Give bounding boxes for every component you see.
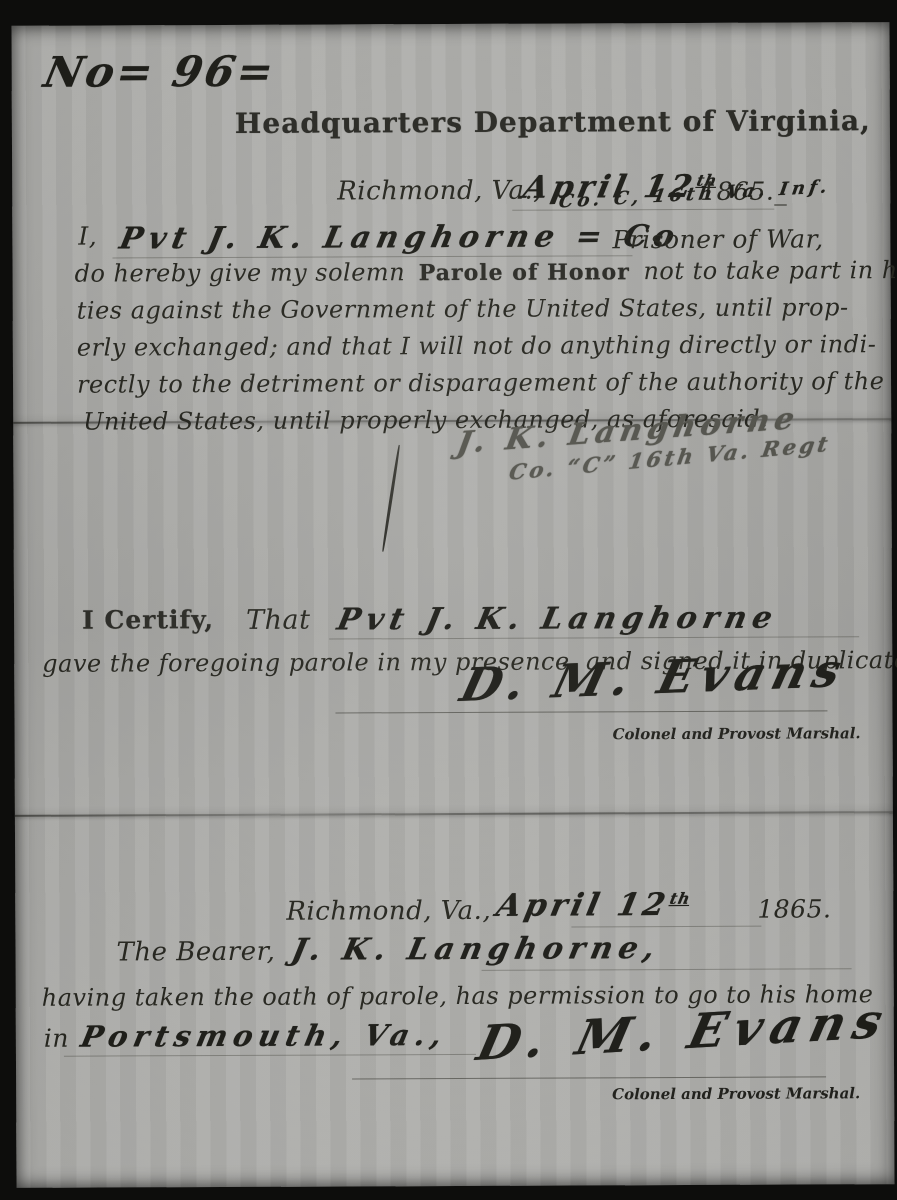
pass-date-text: April 12: [493, 887, 672, 924]
home-fill-line: [64, 1054, 476, 1057]
pen-flourish-stroke: [381, 445, 400, 552]
certify-name-handwritten: Pvt J. K. Langhorne: [334, 601, 781, 638]
pass-date-ordinal: th: [668, 889, 692, 908]
parole-document-paper: No= 96= Headquarters Department of Virgi…: [11, 22, 894, 1188]
dateline-place: Richmond, Va.,: [337, 176, 542, 207]
bearer-name-line: [482, 968, 852, 971]
provost-signature-line-1: [335, 710, 827, 713]
parole-of-honor-blackletter: Parole of Honor: [419, 259, 630, 286]
fold-crease-lower: [15, 811, 893, 817]
prisoner-of-war-label: Prisoner of War,: [612, 224, 823, 254]
bearer-label: The Bearer,: [116, 937, 275, 968]
certify-blackletter: I Certify,: [82, 605, 214, 635]
printed-i-label: I,: [78, 222, 97, 251]
document-header: Headquarters Department of Virginia,: [222, 104, 884, 140]
pass-dateline-year: 1865.: [757, 894, 831, 923]
oath-body-1a: do hereby give my solemn: [74, 258, 405, 287]
pass-dateline-place: Richmond, Va.,: [286, 896, 491, 927]
provost-title-1: Colonel and Provost Marshal.: [613, 724, 861, 743]
oath-body-1c: not to take part in hostili-: [643, 256, 897, 285]
date-fill-line: [512, 209, 774, 211]
in-label: in: [44, 1024, 69, 1053]
oath-body-line-1: do hereby give my solemn Parole of Honor…: [74, 256, 897, 288]
prisoner-name-handwritten: Pvt J. K. Langhorne = Co: [116, 219, 683, 256]
document-number: No= 96=: [40, 47, 281, 97]
oath-body-line-4: rectly to the detriment or disparagement…: [77, 367, 885, 399]
certify-that-label: That: [246, 605, 310, 636]
oath-body-line-3: erly exchanged; and that I will not do a…: [77, 330, 877, 361]
pass-date-fill-line: [571, 926, 761, 928]
pass-dateline-date-handwritten: April 12th: [493, 887, 692, 924]
oath-body-line-2: ties against the Government of the Unite…: [77, 293, 849, 324]
provost-signature-line-2: [352, 1076, 826, 1079]
provost-title-2: Colonel and Provost Marshal.: [612, 1084, 860, 1103]
bearer-name-handwritten: J. K. Langhorne,: [289, 931, 664, 968]
home-handwritten: Portsmouth, Va.,: [78, 1018, 451, 1054]
